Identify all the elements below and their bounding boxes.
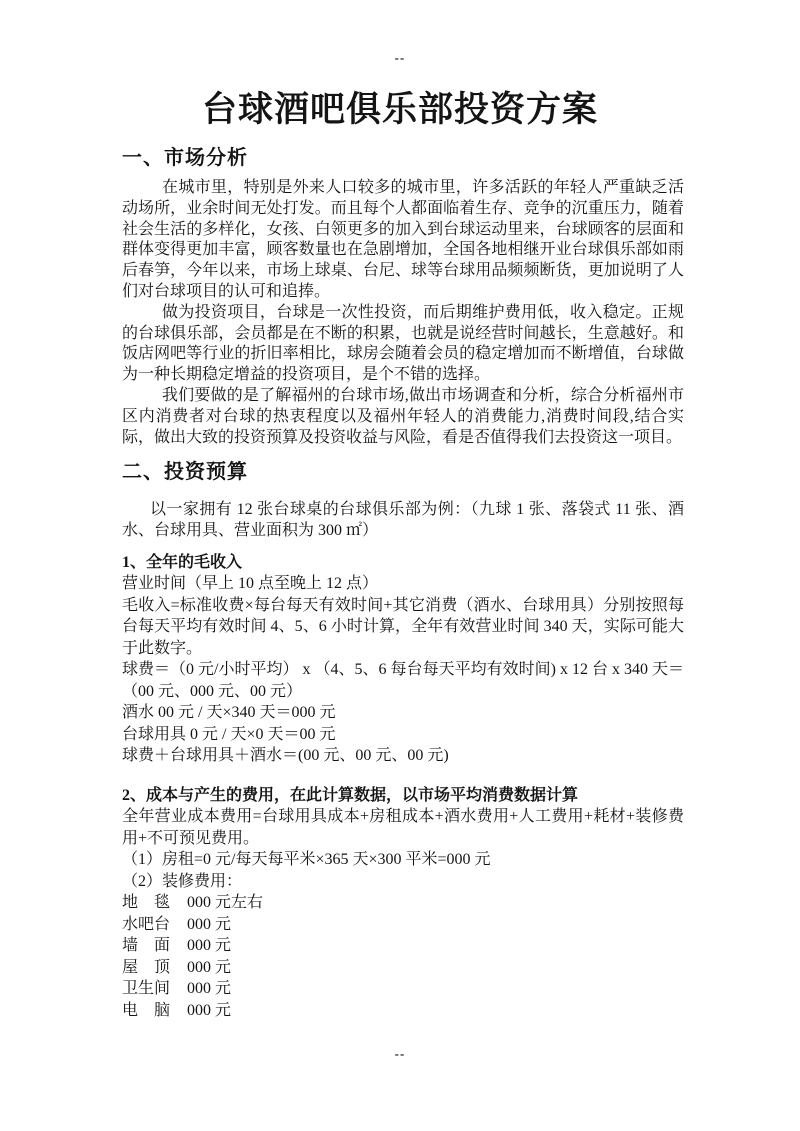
decoration-item-value: 000 元 (187, 937, 231, 954)
income-line-gross-formula: 毛收入=标准收费×每台每天有效时间+其它消费（酒水、台球用具）分别按照每台每天平… (122, 595, 684, 660)
cost-line-decoration-title: （2）装修费用： (122, 871, 684, 893)
decoration-item-label: 墙 面 (122, 935, 170, 957)
decoration-item-value: 000 元 (187, 916, 231, 933)
section-heading-market-analysis: 一、市场分析 (122, 144, 684, 172)
income-line-equipment: 台球用具 0 元 / 天×0 天＝00 元 (122, 724, 684, 746)
decoration-item-label: 地 毯 (122, 892, 170, 914)
decoration-cost-row-roof: 屋 顶000 元 (122, 957, 684, 979)
cost-line-formula: 全年营业成本费用=台球用具成本+房租成本+酒水费用+人工费用+耗材+装修费用+不… (122, 806, 684, 849)
paragraph-market-3: 我们要做的是了解福州的台球市场,做出市场调查和分析，综合分析福州市区内消费者对台… (122, 386, 684, 448)
income-line-total: 球费＋台球用具＋酒水＝(00 元、00 元、00 元) (122, 745, 684, 767)
decoration-item-value: 000 元 (187, 980, 231, 997)
decoration-cost-row-carpet: 地 毯000 元左右 (122, 892, 684, 914)
paragraph-market-2: 做为投资项目，台球是一次性投资，而后期维护费用低，收入稳定。正规的台球俱乐部，会… (122, 303, 684, 386)
decoration-item-value: 000 元 (187, 1002, 231, 1019)
income-line-drinks: 酒水 00 元 / 天×340 天＝000 元 (122, 702, 684, 724)
decoration-cost-row-computer: 电 脑000 元 (122, 1000, 684, 1022)
page-header-mark: -- (0, 0, 800, 66)
document-body: 一、市场分析 在城市里，特别是外来人口较多的城市里，许多活跃的年轻人严重缺乏活动… (0, 144, 800, 1021)
document-page: -- 台球酒吧俱乐部投资方案 一、市场分析 在城市里，特别是外来人口较多的城市里… (0, 0, 800, 1131)
decoration-item-value: 000 元 (187, 959, 231, 976)
decoration-cost-row-bar: 水吧台000 元 (122, 914, 684, 936)
income-line-business-hours: 营业时间（早上 10 点至晚上 12 点） (122, 573, 684, 595)
decoration-item-label: 水吧台 (122, 914, 170, 936)
decoration-item-label: 电 脑 (122, 1000, 170, 1022)
decoration-item-value: 000 元左右 (187, 894, 263, 911)
paragraph-market-1: 在城市里，特别是外来人口较多的城市里，许多活跃的年轻人严重缺乏活动场所，业余时间… (122, 178, 684, 303)
subheading-costs: 2、成本与产生的费用，在此计算数据，以市场平均消费数据计算 (122, 785, 684, 807)
section-heading-investment-budget: 二、投资预算 (122, 458, 684, 486)
decoration-item-label: 卫生间 (122, 978, 170, 1000)
cost-line-rent: （1）房租=0 元/每天每平米×365 天×300 平米=000 元 (122, 849, 684, 871)
subheading-gross-income: 1、全年的毛收入 (122, 552, 684, 574)
paragraph-budget-intro: 以一家拥有 12 张台球桌的台球俱乐部为例：（九球 1 张、落袋式 11 张、酒… (122, 500, 684, 542)
decoration-item-label: 屋 顶 (122, 957, 170, 979)
page-footer-mark: -- (0, 1046, 800, 1062)
decoration-cost-row-washroom: 卫生间000 元 (122, 978, 684, 1000)
income-line-table-fee: 球费＝（0 元/小时平均） x （4、5、6 每台每天平均有效时间) x 12 … (122, 659, 684, 702)
document-title: 台球酒吧俱乐部投资方案 (0, 86, 800, 134)
decoration-cost-row-wall: 墙 面000 元 (122, 935, 684, 957)
